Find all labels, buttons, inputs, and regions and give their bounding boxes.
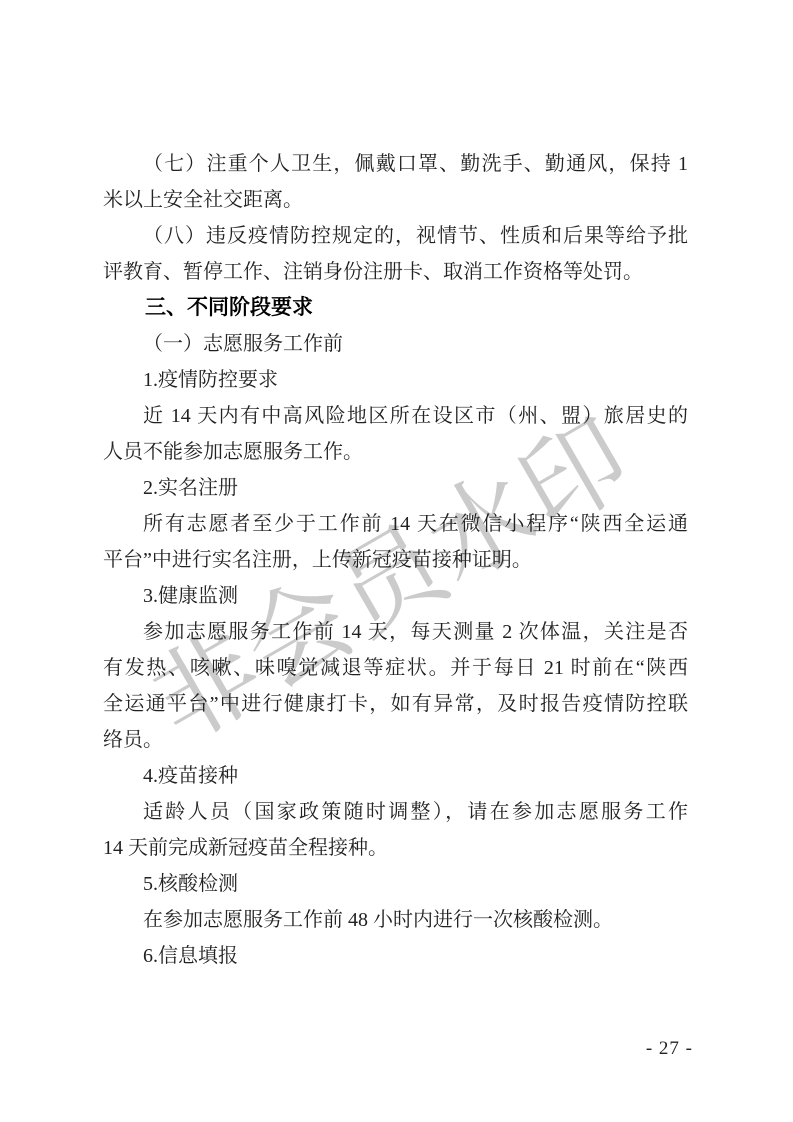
- body-line: （八）违反疫情防控规定的，视情节、性质和后果等给予批: [103, 218, 688, 254]
- body-line: 近 14 天内有中高风险地区所在设区市（州、盟）旅居史的: [103, 398, 688, 434]
- page-number: - 27 -: [646, 1038, 693, 1060]
- body-line: 适龄人员（国家政策随时调整），请在参加志愿服务工作: [103, 794, 688, 830]
- body-line: 有发热、咳嗽、味嗅觉减退等症状。并于每日 21 时前在“陕西: [103, 650, 688, 686]
- document-page: 非会员水印 （七）注重个人卫生，佩戴口罩、勤洗手、勤通风，保持 1 米以上安全社…: [0, 0, 793, 1122]
- item-heading: 6.信息填报: [103, 938, 688, 974]
- item-heading: 5.核酸检测: [103, 866, 688, 902]
- body-line: 人员不能参加志愿服务工作。: [103, 434, 688, 470]
- body-line: （七）注重个人卫生，佩戴口罩、勤洗手、勤通风，保持 1: [103, 146, 688, 182]
- document-body: （七）注重个人卫生，佩戴口罩、勤洗手、勤通风，保持 1 米以上安全社交距离。 （…: [103, 146, 688, 974]
- item-heading: 4.疫苗接种: [103, 758, 688, 794]
- body-line: 平台”中进行实名注册，上传新冠疫苗接种证明。: [103, 542, 688, 578]
- body-line: 所有志愿者至少于工作前 14 天在微信小程序“陕西全运通: [103, 506, 688, 542]
- section-heading: 三、不同阶段要求: [103, 290, 688, 326]
- body-line: 参加志愿服务工作前 14 天，每天测量 2 次体温，关注是否: [103, 614, 688, 650]
- item-heading: 2.实名注册: [103, 470, 688, 506]
- body-line: 评教育、暂停工作、注销身份注册卡、取消工作资格等处罚。: [103, 254, 688, 290]
- body-line: 在参加志愿服务工作前 48 小时内进行一次核酸检测。: [103, 902, 688, 938]
- body-line: 全运通平台”中进行健康打卡，如有异常，及时报告疫情防控联: [103, 686, 688, 722]
- body-line: 米以上安全社交距离。: [103, 182, 688, 218]
- body-line: 14 天前完成新冠疫苗全程接种。: [103, 830, 688, 866]
- item-heading: 1.疫情防控要求: [103, 362, 688, 398]
- body-line: 络员。: [103, 722, 688, 758]
- subsection-heading: （一）志愿服务工作前: [103, 326, 688, 362]
- item-heading: 3.健康监测: [103, 578, 688, 614]
